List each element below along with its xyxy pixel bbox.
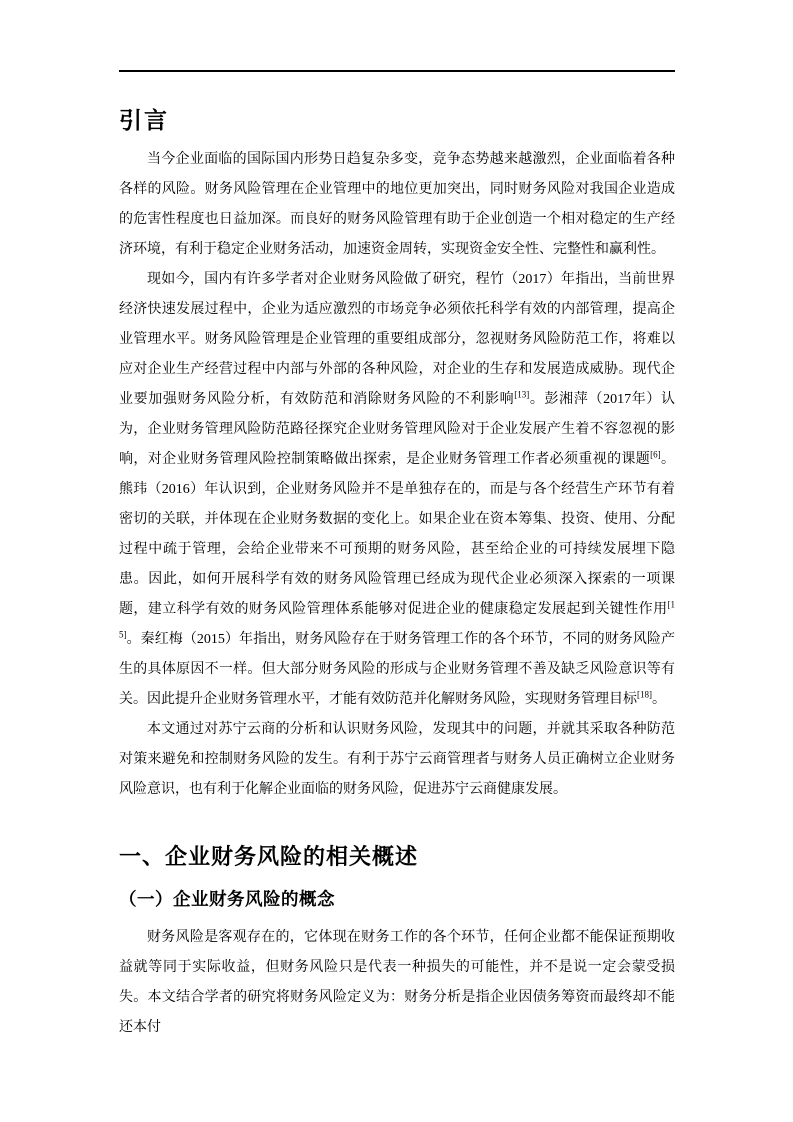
- section-1-1-heading: （一）企业财务风险的概念: [119, 886, 675, 912]
- text-run: 。秦红梅（2015）年指出，财务风险存在于财务管理工作的各个环节，不同的财务风险…: [119, 632, 675, 707]
- text-run: 。: [652, 692, 666, 707]
- citation-ref: [6]: [650, 449, 661, 459]
- document-page: 引言 当今企业面临的国际国内形势日趋复杂多变，竞争态势越来越激烈，企业面临着各种…: [0, 0, 793, 1122]
- concept-paragraph: 财务风险是客观存在的，它体现在财务工作的各个环节，任何企业都不能保证预期收益就等…: [119, 923, 675, 1043]
- citation-ref: [18]: [637, 689, 652, 699]
- text-run: 。熊玮（2016）年认识到，企业财务风险并不是单独存在的，而是与各个经营生产环节…: [119, 452, 675, 617]
- header-separator-line: [119, 70, 675, 72]
- text-run: 本文通过对苏宁云商的分析和认识财务风险，发现其中的问题，并就其采取各种防范对策来…: [119, 722, 675, 797]
- intro-paragraph-1: 当今企业面临的国际国内形势日趋复杂多变，竞争态势越来越激烈，企业面临着各种各样的…: [119, 145, 675, 265]
- intro-paragraph-2: 现如今，国内有许多学者对企业财务风险做了研究，程竹（2017）年指出，当前世界经…: [119, 265, 675, 715]
- text-run: 财务风险是客观存在的，它体现在财务工作的各个环节，任何企业都不能保证预期收益就等…: [119, 930, 675, 1035]
- text-run: 现如今，国内有许多学者对企业财务风险做了研究，程竹（2017）年指出，当前世界经…: [119, 272, 675, 407]
- intro-paragraph-3: 本文通过对苏宁云商的分析和认识财务风险，发现其中的问题，并就其采取各种防范对策来…: [119, 715, 675, 805]
- text-run: 当今企业面临的国际国内形势日趋复杂多变，竞争态势越来越激烈，企业面临着各种各样的…: [119, 152, 675, 257]
- intro-heading: 引言: [119, 107, 675, 133]
- section-1-heading: 一、企业财务风险的相关概述: [119, 842, 675, 872]
- citation-ref: [13]: [514, 389, 529, 399]
- page-content: 引言 当今企业面临的国际国内形势日趋复杂多变，竞争态势越来越激烈，企业面临着各种…: [0, 70, 793, 1043]
